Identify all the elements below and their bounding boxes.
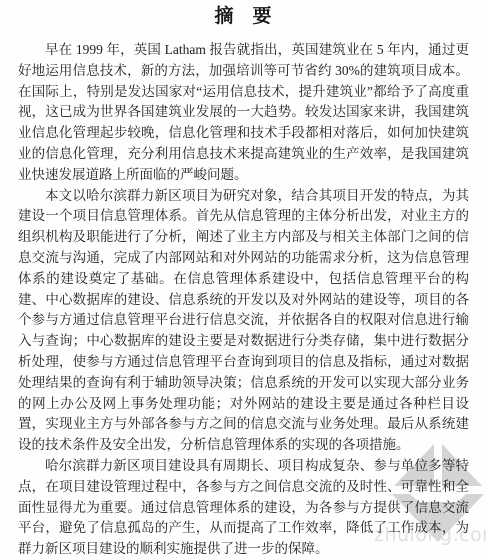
abstract-paragraph-3: 哈尔滨群力新区项目建设具有周期长、项目构成复杂、参与单位多等特点，在项目建设管理… — [18, 456, 469, 560]
abstract-page: zhulong.com 摘 要 早在 1999 年，英国 Latham 报告就指… — [0, 0, 486, 560]
abstract-body: 早在 1999 年，英国 Latham 报告就指出，英国建筑业在 5 年内，通过… — [18, 40, 469, 560]
page-title: 摘 要 — [0, 0, 486, 29]
abstract-paragraph-1: 早在 1999 年，英国 Latham 报告就指出，英国建筑业在 5 年内，通过… — [18, 40, 469, 186]
abstract-paragraph-2: 本文以哈尔滨群力新区项目为研究对象，结合其项目开发的特点，为其建设一个项目信息管… — [18, 186, 469, 456]
